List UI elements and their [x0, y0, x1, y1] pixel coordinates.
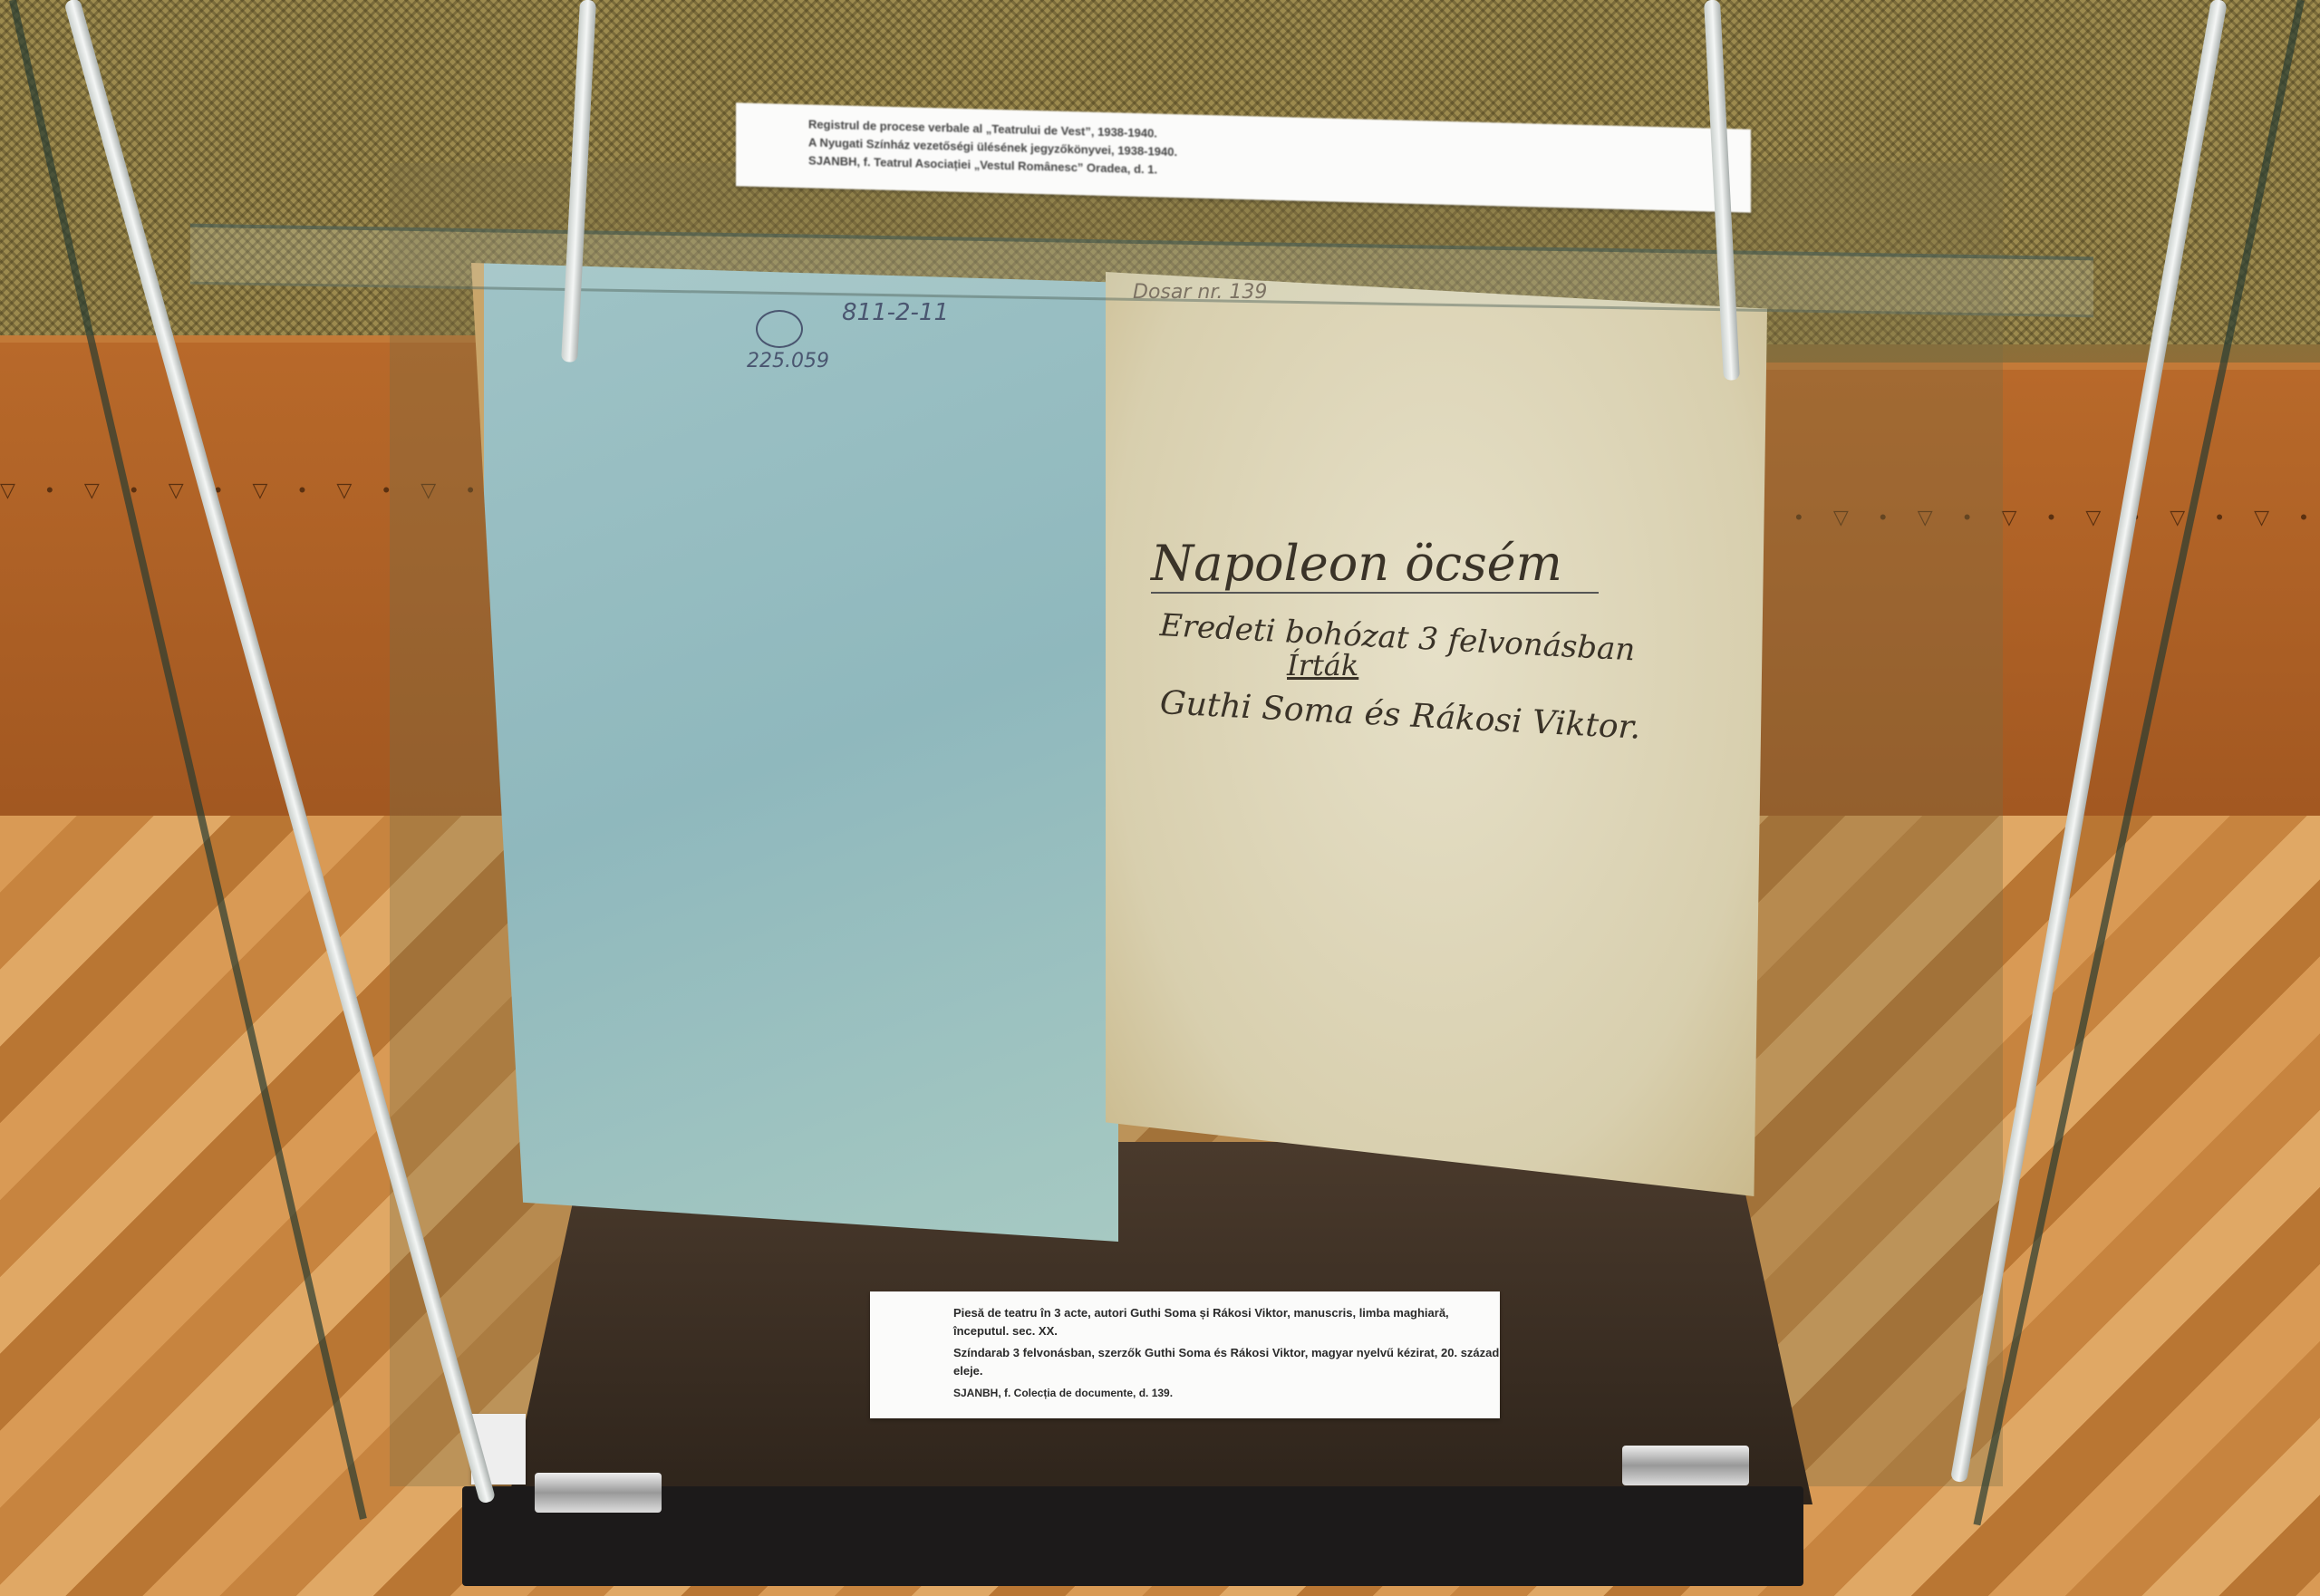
- open-manuscript: 811-2-11 225.059 Dosar nr. 139 BIBLIO...…: [453, 218, 1776, 1251]
- manuscript-subtitle: Eredeti bohózat 3 felvonásban: [1159, 607, 1636, 668]
- authors-heading: Írták: [1287, 648, 1358, 682]
- inventory-number: 225.059: [747, 350, 829, 372]
- label-hungarian: Színdarab 3 felvonásban, szerzők Guthi S…: [953, 1344, 1500, 1380]
- case-plinth: [462, 1486, 1803, 1586]
- hinge-left: [535, 1473, 662, 1513]
- left-page: 811-2-11 225.059: [471, 263, 1118, 1242]
- oval-stamp: [756, 310, 803, 348]
- label-source: SJANBH, f. Colecția de documente, d. 139…: [953, 1384, 1500, 1402]
- manuscript-title: Napoleon öcsém: [1151, 535, 1599, 594]
- right-page: Dosar nr. 139 BIBLIO... REGIONALĂ CRIŞAN…: [1106, 272, 1767, 1196]
- manuscript-authors: Guthi Soma és Rákosi Viktor.: [1159, 684, 1641, 747]
- pencil-reference: 811-2-11: [842, 299, 949, 326]
- bottom-exhibit-label: Piesă de teatru în 3 acte, autori Guthi …: [870, 1291, 1500, 1418]
- hinge-right: [1622, 1446, 1749, 1485]
- label-romanian: Piesă de teatru în 3 acte, autori Guthi …: [953, 1304, 1500, 1340]
